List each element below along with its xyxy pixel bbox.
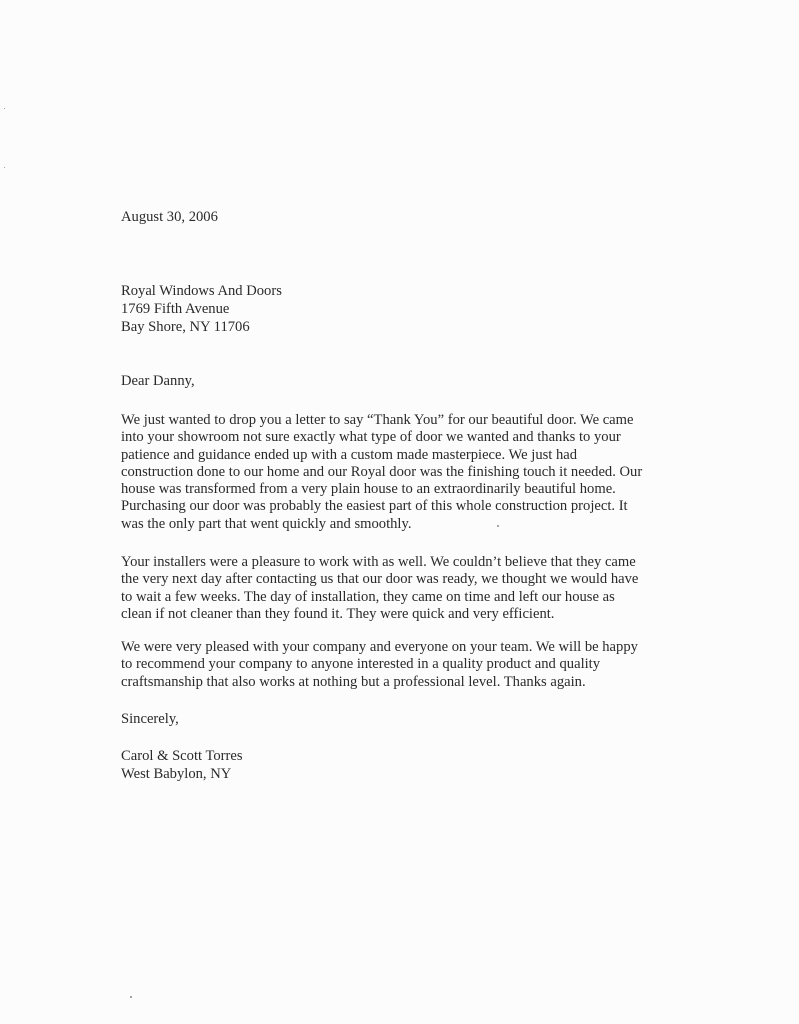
paragraph-installers: Your installers were a pleasure to work … (121, 553, 638, 622)
letter-date: August 30, 2006 (121, 208, 218, 226)
signature-names: Carol & Scott Torres (121, 747, 243, 765)
paragraph-line: Your installers were a pleasure to work … (121, 553, 638, 570)
paragraph-thank-you: We just wanted to drop you a letter to s… (121, 411, 642, 532)
paragraph-line: house was transformed from a very plain … (121, 480, 642, 497)
scanned-letter-page: August 30, 2006 Royal Windows And Doors … (0, 0, 799, 1024)
scan-speck (4, 167, 5, 168)
paragraph-line: the very next day after contacting us th… (121, 570, 638, 587)
recipient-street: 1769 Fifth Avenue (121, 300, 282, 318)
paragraph-line: patience and guidance ended up with a cu… (121, 446, 642, 463)
paragraph-line: construction done to our home and our Ro… (121, 463, 642, 480)
paragraph-line: clean if not cleaner than they found it.… (121, 605, 638, 622)
recipient-city-state-zip: Bay Shore, NY 11706 (121, 318, 282, 336)
recipient-name: Royal Windows And Doors (121, 282, 282, 300)
signature-location: West Babylon, NY (121, 765, 243, 783)
paragraph-line: Purchasing our door was probably the eas… (121, 497, 642, 514)
paragraph-recommendation: We were very pleased with your company a… (121, 638, 638, 690)
signature-block: Carol & Scott Torres West Babylon, NY (121, 747, 243, 783)
scan-speck (4, 108, 5, 109)
scan-speck (497, 525, 499, 527)
paragraph-line: craftsmanship that also works at nothing… (121, 673, 638, 690)
paragraph-line: to wait a few weeks. The day of installa… (121, 588, 638, 605)
paragraph-line: to recommend your company to anyone inte… (121, 655, 638, 672)
recipient-address: Royal Windows And Doors 1769 Fifth Avenu… (121, 282, 282, 336)
paragraph-line: We were very pleased with your company a… (121, 638, 638, 655)
closing: Sincerely, (121, 710, 179, 728)
paragraph-line: We just wanted to drop you a letter to s… (121, 411, 642, 428)
salutation: Dear Danny, (121, 372, 195, 390)
scan-speck (130, 996, 132, 998)
paragraph-line: was the only part that went quickly and … (121, 515, 642, 532)
paragraph-line: into your showroom not sure exactly what… (121, 428, 642, 445)
